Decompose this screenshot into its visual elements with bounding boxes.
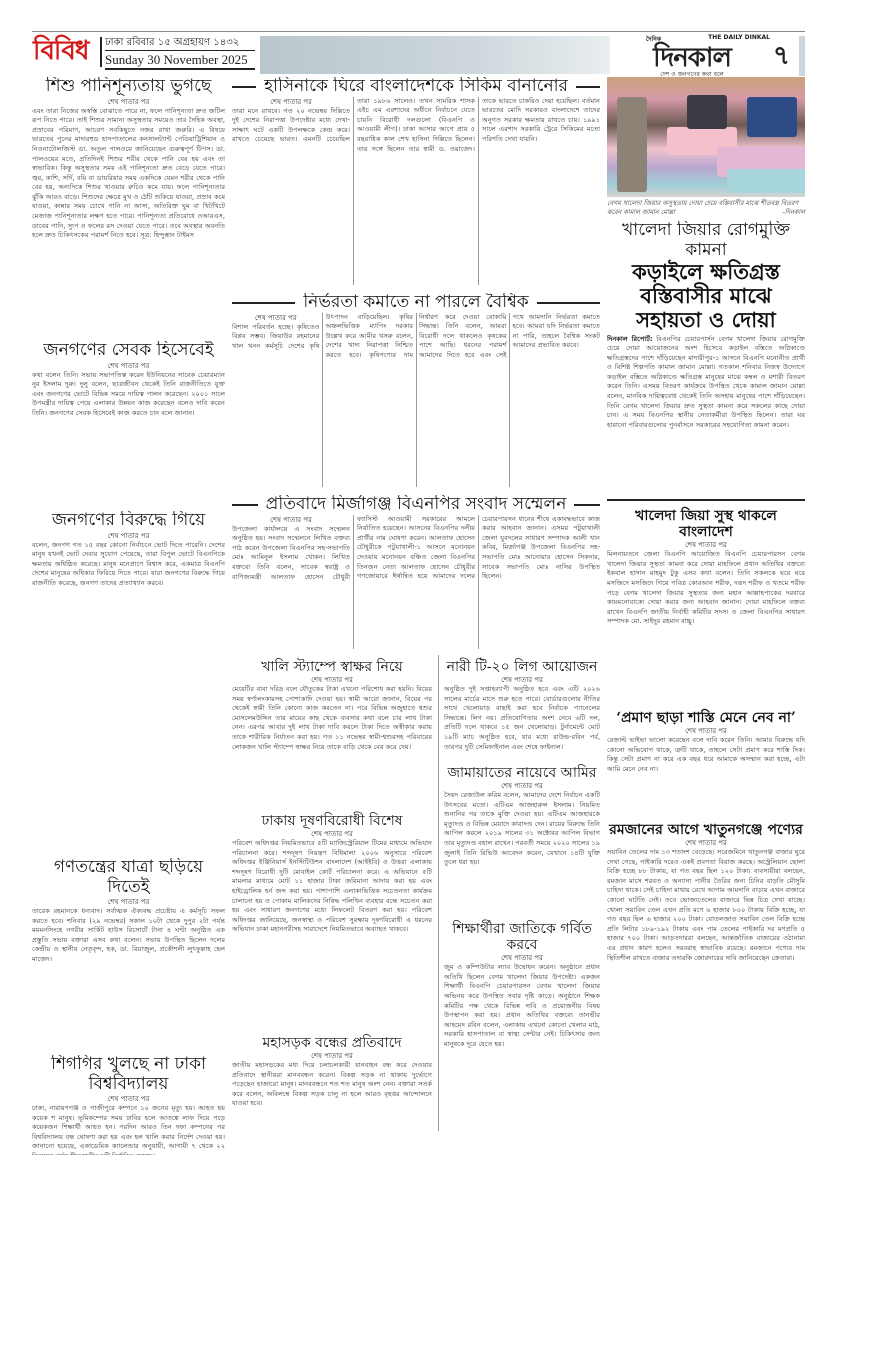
article-headline: প্রতিবাদে মির্জাগঞ্জ বিএনপির সংবাদ সম্মে… xyxy=(232,495,600,515)
article-kicker: খালেদা জিয়ার রোগমুক্তি কামনা xyxy=(607,221,805,260)
continued-label: শেষ পাতার পর xyxy=(32,1094,225,1104)
article-body: ঢাকা, নারায়ণগঞ্জ ও গাজীপুরে কম্পনে ১০ জ… xyxy=(32,1104,225,1155)
article: গণতন্ত্রের যাত্রা ছড়িয়ে দিতেই শেষ পাতা… xyxy=(32,858,225,1053)
photo-detail xyxy=(747,97,797,137)
section-divider xyxy=(607,499,805,501)
article: ‘প্রমাণ ছাড়া শাস্তি মেনে নেব না’ শেষ পা… xyxy=(607,706,805,816)
article-body: শেষ পাতার পর উপজেলা কার্যালয়ে এ সংবাদ স… xyxy=(232,515,600,649)
section-logo: বিবিধ xyxy=(33,36,88,66)
article-headline: খালি স্ট্যাম্পে স্বাক্ষর নিয়ে xyxy=(232,659,432,675)
continued-label: শেষ পাতার পর xyxy=(232,1051,432,1061)
article: জনগণের বিরুদ্ধে গিয়ে শেষ পাতার পর বলেন,… xyxy=(32,511,225,856)
article-headline: ঢাকায় দূষণবিরোধী বিশেষ xyxy=(232,813,432,829)
photo-detail xyxy=(617,97,647,192)
photo-caption: বেগম খালেদা জিয়ার অসুস্থতায় দোয়া চেয়… xyxy=(607,199,805,217)
article-body: শেষ পাতার পর বিশাল পরিবর্তন হচ্ছে। কৃষিত… xyxy=(232,313,600,487)
continued-label: শেষ পাতার পর xyxy=(444,953,600,963)
continued-label: শেষ পাতার পর xyxy=(32,897,225,907)
date-block: ঢাকা রবিবার ১৫ অগ্রহায়ণ ১৪৩২ Sunday 30 … xyxy=(105,36,255,70)
article-body: বলেন, জনগণ গত ১৫ বছর কোনো নির্বাচনে ভোট … xyxy=(32,541,225,856)
masthead-band xyxy=(260,36,610,74)
page-edge-decor xyxy=(799,36,805,76)
article-body: রেজাল্ট ভাইভা ভালো করেছেন বলে দাবি করেন … xyxy=(607,736,805,816)
article-headline: মহাসড়ক বন্ধের প্রতিবাদে xyxy=(232,1035,432,1051)
article-body: শেষ পাতার পর তারা মনে রাখবে। গত ২০ নভেম্… xyxy=(232,97,600,285)
article-headline: শিশু পানিশূন্যতায় ভুগছে xyxy=(32,77,225,97)
article-body: দিনকাল রিপোর্ট: বিএনপির চেয়ারপার্সন বেগ… xyxy=(607,335,805,496)
photo-detail xyxy=(727,169,805,193)
article: খালি স্ট্যাম্পে স্বাক্ষর নিয়ে শেষ পাতার… xyxy=(232,655,432,807)
continued-label: শেষ পাতার পর xyxy=(607,838,805,848)
masthead-divider xyxy=(100,37,102,67)
article-headline: জনগণের সেবক হিসেবেই xyxy=(32,341,225,361)
lead-headline: কড়াইলে ক্ষতিগ্রস্ত বস্তিবাসীর মাঝে সহায… xyxy=(607,260,805,332)
article: জনগণের সেবক হিসেবেই শেষ পাতার পর কথা বলে… xyxy=(32,341,225,509)
continued-label: শেষ পাতার পর xyxy=(232,313,320,323)
article-headline: জামায়াতের নায়েবে আমির xyxy=(444,765,600,781)
article: হাসিনাকে ঘিরে বাংলাদেশকে সিকিম বানানোর শ… xyxy=(232,77,600,291)
article: খালেদা জিয়া সুস্থ থাকলে বাংলাদেশ শেষ পা… xyxy=(607,504,805,704)
article-headline: ‘প্রমাণ ছাড়া শাস্তি মেনে নেব না’ xyxy=(607,710,805,726)
article-headline: শিক্ষার্থীরা জাতিকে গর্বিত করবে xyxy=(444,921,600,953)
article-headline: শিগগির খুলছে না ঢাকা বিশ্ববিদ্যালয় xyxy=(32,1055,225,1094)
continued-label: শেষ পাতার পর xyxy=(232,515,350,525)
middle-column: হাসিনাকে ঘিরে বাংলাদেশকে সিকিম বানানোর শ… xyxy=(232,77,600,1131)
article: ঢাকায় দূষণবিরোধী বিশেষ শেষ পাতার পর পরি… xyxy=(232,809,432,1029)
article: জামায়াতের নায়েবে আমির শেষ পাতার পর সৈয… xyxy=(444,761,600,915)
photo-detail xyxy=(687,95,727,129)
date-english: Sunday 30 November 2025 xyxy=(105,51,255,70)
masthead: বিবিধ ঢাকা রবিবার ১৫ অগ্রহায়ণ ১৪৩২ Sund… xyxy=(32,31,805,73)
date-bengali: ঢাকা রবিবার ১৫ অগ্রহায়ণ ১৪৩২ xyxy=(105,36,255,51)
lead-article: খালেদা জিয়ার রোগমুক্তি কামনা কড়াইলে ক্… xyxy=(607,221,805,496)
continued-label: শেষ পাতার পর xyxy=(607,726,805,736)
article-body: জুম ও কম্পিউটার ল্যাব উদ্বোধন করেন। অনুষ… xyxy=(444,963,600,1127)
continued-label: শেষ পাতার পর xyxy=(607,540,805,550)
news-photo xyxy=(607,77,805,197)
continued-label: শেষ পাতার পর xyxy=(32,361,225,371)
article: প্রতিবাদে মির্জাগঞ্জ বিএনপির সংবাদ সম্মে… xyxy=(232,495,600,655)
photo-credit: -দিনকাল xyxy=(783,208,805,217)
continued-label: শেষ পাতার পর xyxy=(32,531,225,541)
article-body: মেয়েটির বাবা দরিদ্র বলে যৌতুকের টাকা এখ… xyxy=(232,685,432,807)
continued-label: শেষ পাতার পর xyxy=(444,781,600,791)
article-headline: নির্ভরতা কমাতে না পারলে বৈশ্বিক xyxy=(232,293,600,313)
page-number: ৭ xyxy=(773,42,790,70)
continued-label: শেষ পাতার পর xyxy=(444,675,600,685)
article: নারী টি-২০ লিগ আয়োজন শেষ পাতার পর অনুষ্… xyxy=(444,655,600,759)
article-headline: নারী টি-২০ লিগ আয়োজন xyxy=(444,659,600,675)
two-story-row: খালি স্ট্যাম্পে স্বাক্ষর নিয়ে শেষ পাতার… xyxy=(232,655,600,1131)
article-headline: হাসিনাকে ঘিরে বাংলাদেশকে সিকিম বানানোর xyxy=(232,77,600,97)
continued-label: শেষ পাতার পর xyxy=(232,675,432,685)
article-headline: খালেদা জিয়া সুস্থ থাকলে বাংলাদেশ xyxy=(607,508,805,540)
article: রমজানের আগে খাতুনগঞ্জে পণ্যের শেষ পাতার … xyxy=(607,818,805,1298)
article-body: তারেক রহমানকে ধন্যবাদ। সর্বাত্মক ঐক্যবদ্… xyxy=(32,907,225,1053)
newspaper-logo: দৈনিক THE DAILY DINKAL দিনকাল দেশ ও জনগণ… xyxy=(612,34,772,76)
article-body: এবং তারা নিজের অস্বস্তি বোঝাতে পারে না, … xyxy=(32,107,225,339)
newspaper-page: বিবিধ ঢাকা রবিবার ১৫ অগ্রহায়ণ ১৪৩২ Sund… xyxy=(32,31,805,1301)
article: শিশু পানিশূন্যতায় ভুগছে শেষ পাতার পর এব… xyxy=(32,77,225,339)
continued-label: শেষ পাতার পর xyxy=(232,97,350,107)
article: শিগগির খুলছে না ঢাকা বিশ্ববিদ্যালয় শেষ … xyxy=(32,1055,225,1155)
article: নির্ভরতা কমাতে না পারলে বৈশ্বিক শেষ পাতা… xyxy=(232,293,600,493)
article-body: সৈয়দ রেজাউল করিম বলেন, আমাদের দেশে নির্… xyxy=(444,791,600,915)
article-headline: রমজানের আগে খাতুনগঞ্জে পণ্যের xyxy=(607,822,805,838)
article-headline: জনগণের বিরুদ্ধে গিয়ে xyxy=(32,511,225,531)
article-headline: গণতন্ত্রের যাত্রা ছড়িয়ে দিতেই xyxy=(32,858,225,897)
byline: দিনকাল রিপোর্ট: xyxy=(607,335,652,343)
article-body: অনুষ্ঠিত দুই সপ্তাহব্যাপী অনুষ্ঠিত হবে এ… xyxy=(444,685,600,759)
article-body: মিলনায়তনে জেলা বিএনপি আয়োজিত বিএনপি চে… xyxy=(607,550,805,704)
article-body: জাতীয় মহাসড়কের মধ্য দিয়ে চলাচলকারী যা… xyxy=(232,1061,432,1131)
article-body: সয়াবিন তেলের দাম ১৩ শতাংশ বেড়েছে। সরেজ… xyxy=(607,848,805,1298)
continued-label: শেষ পাতার পর xyxy=(232,829,432,839)
article: মহাসড়ক বন্ধের প্রতিবাদে শেষ পাতার পর জা… xyxy=(232,1031,432,1131)
continued-label: শেষ পাতার পর xyxy=(32,97,225,107)
brand-name: দিনকাল xyxy=(612,45,772,71)
right-column: বেগম খালেদা জিয়ার অসুস্থতায় দোয়া চেয়… xyxy=(607,77,805,1298)
left-column: শিশু পানিশূন্যতায় ভুগছে শেষ পাতার পর এব… xyxy=(32,77,225,1155)
article-body: কথা বলেন তিনি। সভায় সভাপতিত্ব করেন ইউনি… xyxy=(32,371,225,509)
article-body: পরিবেশ অধিদপ্তর নিয়মিতভাবে ৫টি ম্যাজিস্… xyxy=(232,839,432,1029)
article: শিক্ষার্থীরা জাতিকে গর্বিত করবে শেষ পাতা… xyxy=(444,917,600,1127)
